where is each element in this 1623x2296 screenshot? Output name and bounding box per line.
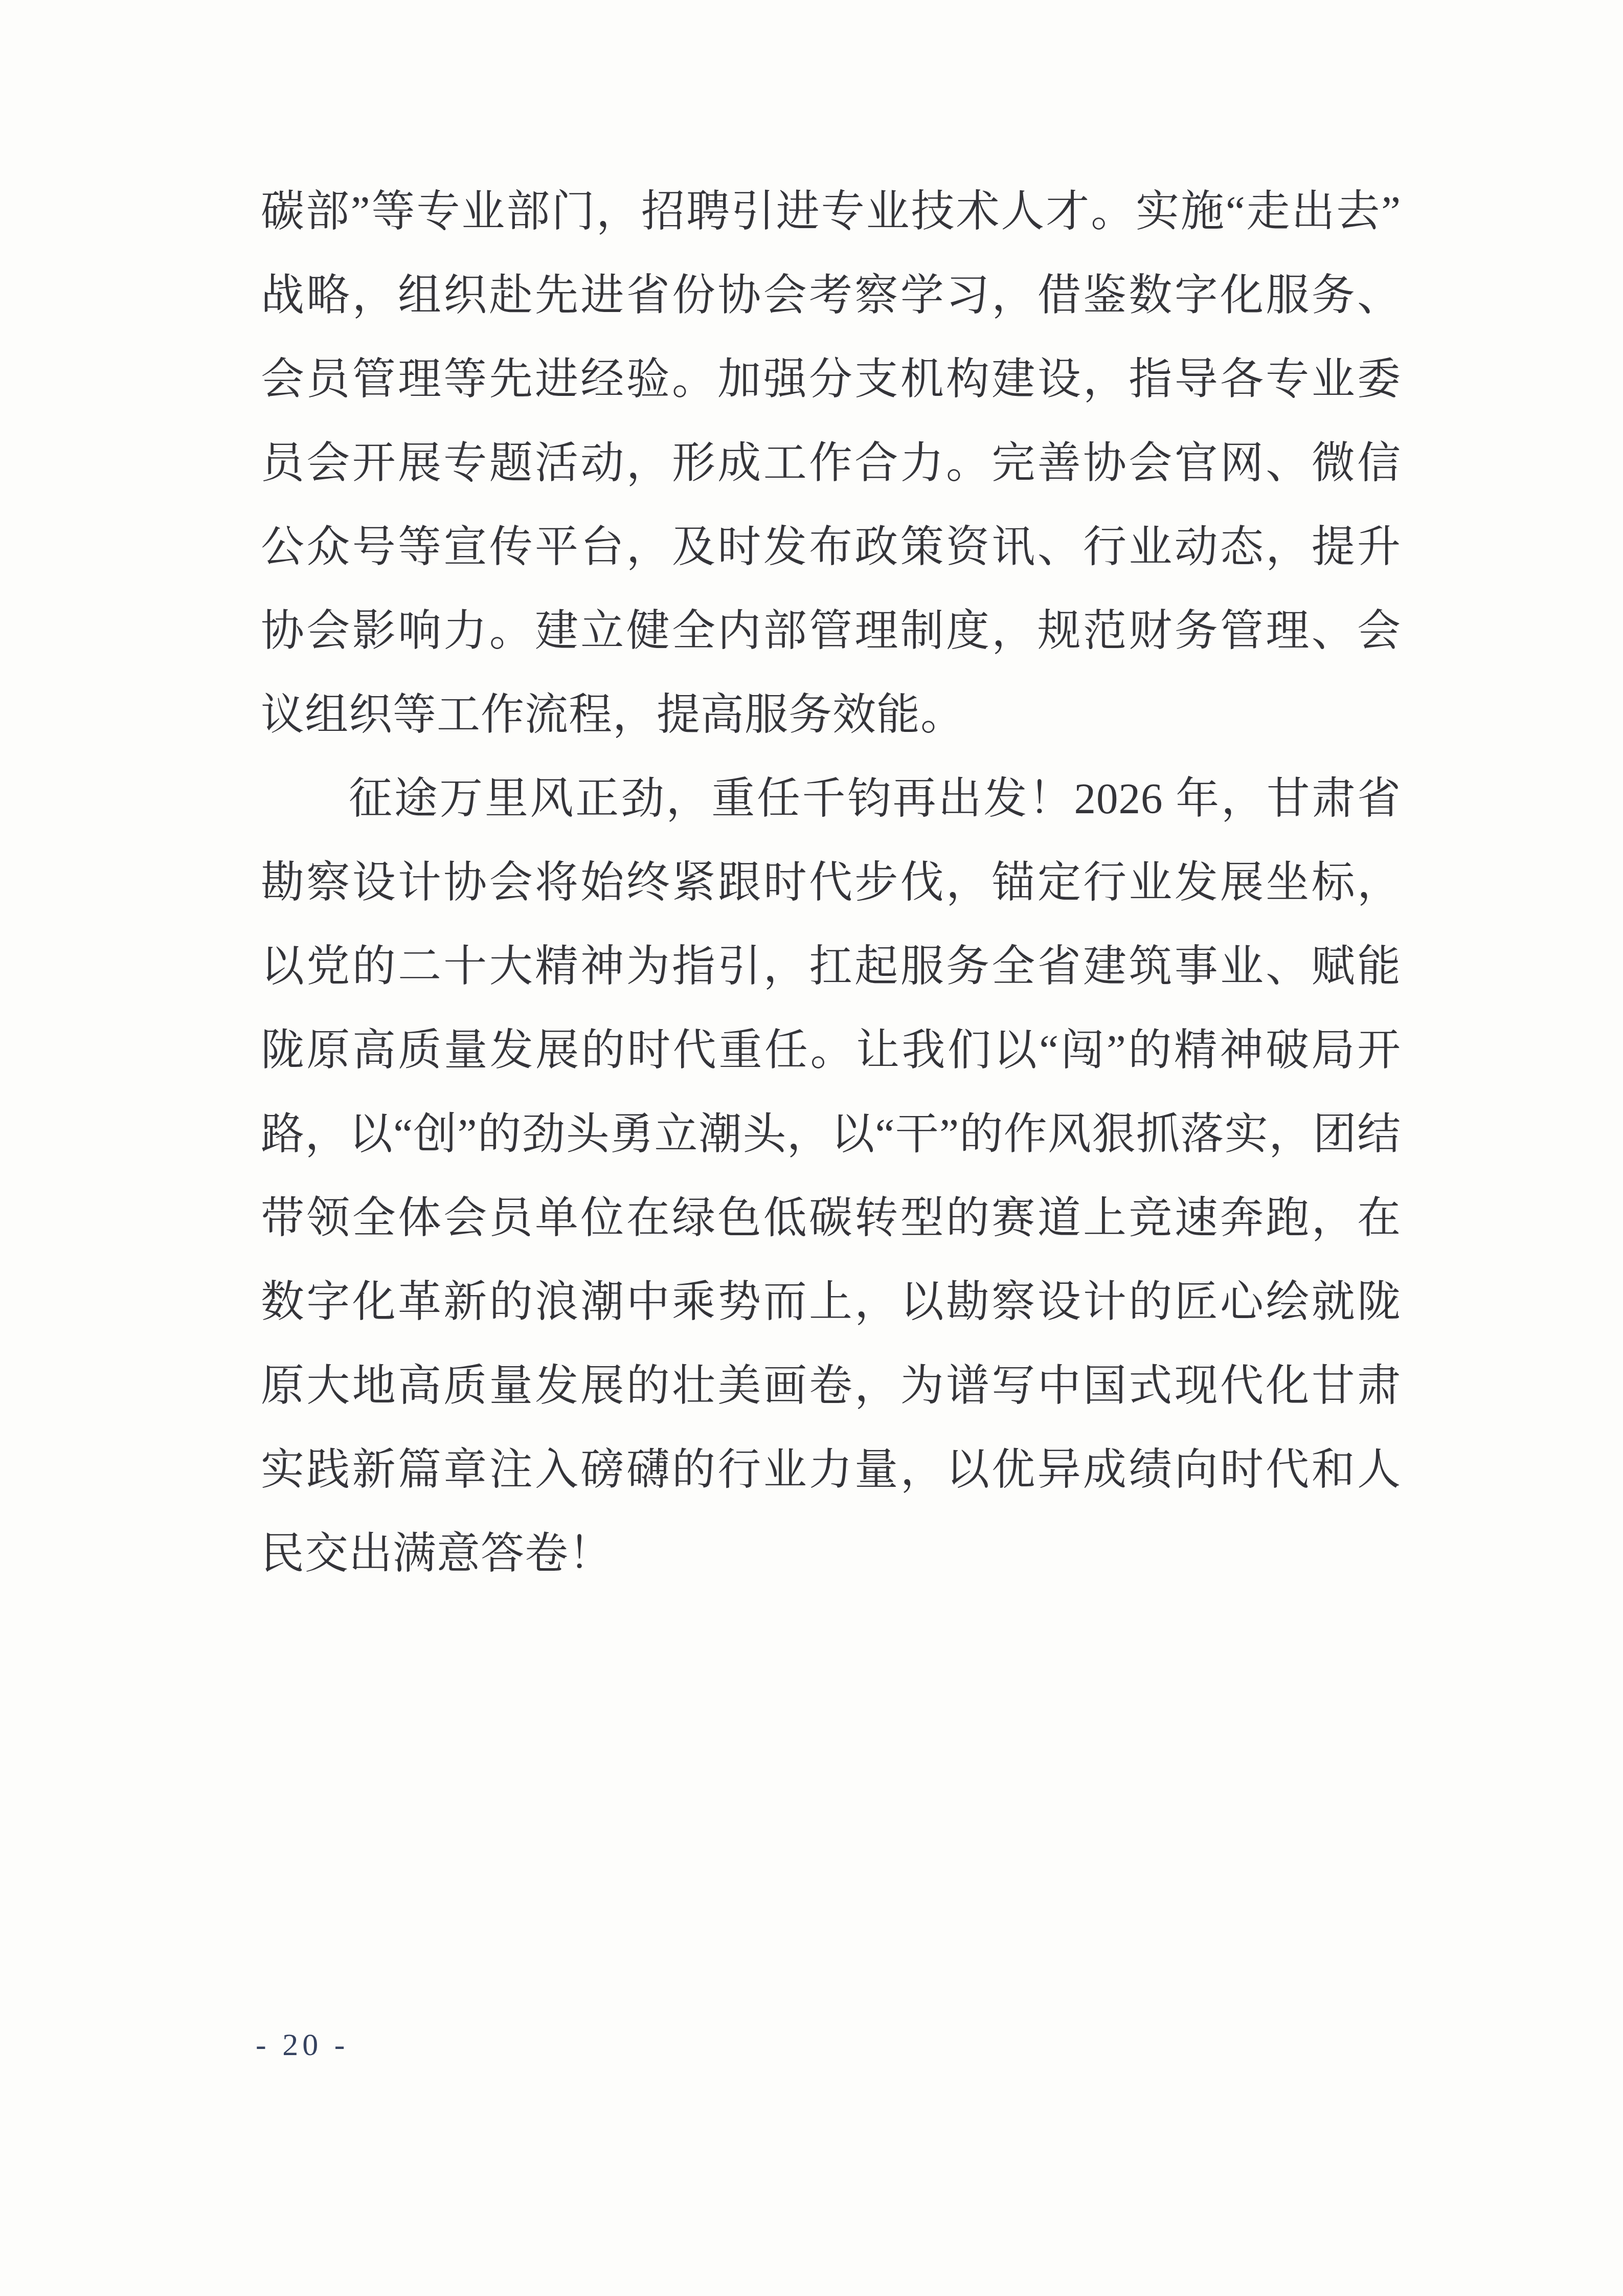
paragraph-closing: 征途万里风正劲，重任千钧再出发！2026 年，甘肃省勘察设计协会将始终紧跟时代步… <box>261 757 1401 1596</box>
document-body: 碳部”等专业部门，招聘引进专业技术人才。实施“走出去”战略，组织赴先进省份协会考… <box>261 170 1401 1596</box>
page-number: - 20 - <box>256 2024 349 2065</box>
paragraph-continued: 碳部”等专业部门，招聘引进专业技术人才。实施“走出去”战略，组织赴先进省份协会考… <box>261 170 1401 757</box>
document-page: 碳部”等专业部门，招聘引进专业技术人才。实施“走出去”战略，组织赴先进省份协会考… <box>0 0 1623 2296</box>
